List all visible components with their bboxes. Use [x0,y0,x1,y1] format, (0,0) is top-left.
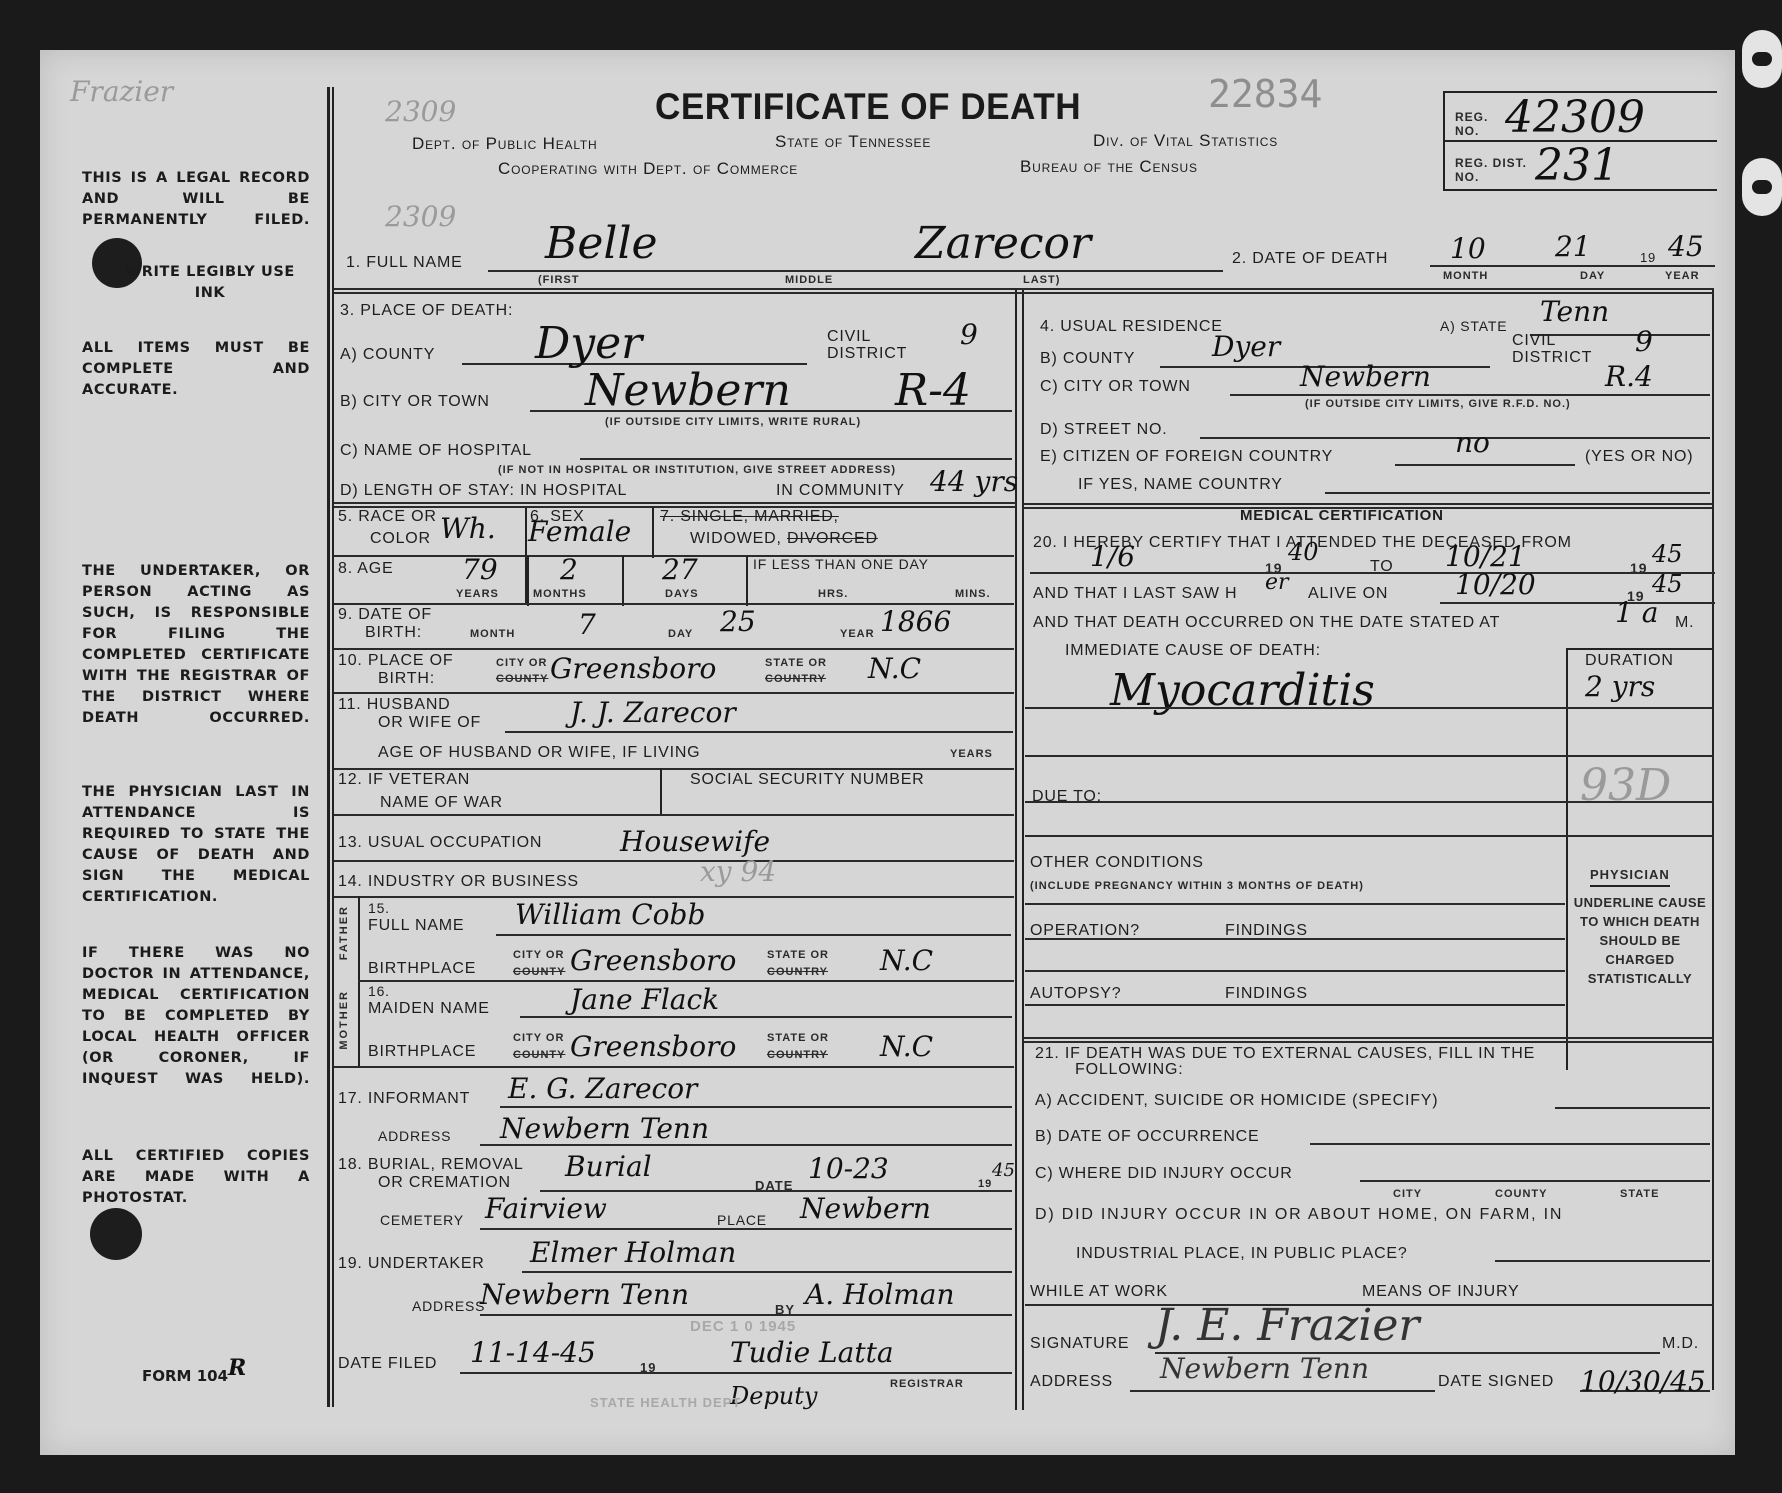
alive-on-label: ALIVE ON [1308,585,1388,603]
center-divider-2 [1022,290,1024,1410]
spouse-years-label: YEARS [950,748,993,760]
citizen-value: no [1455,426,1490,459]
marital-widowed: WIDOWED, [690,530,782,547]
pob-city-value: Greensboro [550,652,716,685]
mother-bp-label: BIRTHPLACE [368,1043,476,1061]
document-title: CERTIFICATE OF DEATH [655,86,1081,128]
cause-line [1025,1004,1565,1006]
physician-note: UNDERLINE CAUSE TO WHICH DEATH SHOULD BE… [1570,893,1710,988]
day-sublabel: DAY [1580,270,1605,282]
external-city-label: CITY [1393,1188,1422,1200]
full-name-first: Belle [545,218,658,269]
months-sublabel: MONTHS [533,588,587,600]
reg-dist-label: REG. DIST. NO. [1455,156,1535,184]
health-dept-stamp: STATE HEALTH DEPT [590,1395,741,1410]
res-city-label: C) CITY OR TOWN [1040,378,1191,396]
res-route-value: R.4 [1605,360,1653,393]
section-rule-1 [334,288,1714,294]
cause-line [1025,835,1713,837]
marital-single-struck: 7. SINGLE, MARRIED, [660,508,839,525]
father-name-value: William Cobb [515,898,705,931]
mother-num: 16. [368,983,390,999]
cause-line [1025,707,1713,709]
form-number-text: FORM 104 [142,1367,228,1385]
undertaker-address-line [480,1314,1012,1316]
signature-address-value: Newbern Tenn [1160,1352,1369,1385]
place-label: PLACE [717,1212,767,1228]
pod-civil-value: 9 [960,318,978,351]
community-value: 44 yrs [930,465,1018,498]
pob-state-value: N.C [868,652,921,685]
informant-address-label: ADDRESS [378,1128,451,1144]
alive-on-value: 10/20 [1455,568,1536,601]
burial-year: 45 [992,1160,1015,1181]
signature-value: J. E. Frazier [1155,1300,1419,1351]
cemetery-label: CEMETERY [380,1212,464,1228]
header-state: State of Tennessee [775,132,931,152]
burial-value: Burial [565,1150,652,1183]
dob-year: 1866 [880,605,951,638]
race-label-2: COLOR [370,530,431,548]
pob-label-2: BIRTH: [378,670,435,688]
undertaker-address-label: ADDRESS [412,1298,485,1314]
header-cooperating: Cooperating with Dept. of Commerce [498,159,798,179]
sidebar-write-legibly: WRITE LEGIBLY USE INK [120,262,300,304]
autopsy-label: AUTOPSY? [1030,985,1121,1003]
signature-address-line [1130,1390,1435,1392]
age-years: 79 [462,553,498,586]
left-border [327,87,330,1407]
undertaker-by-value: A. Holman [805,1278,955,1311]
binder-ring-top [1742,30,1782,88]
header-division: Div. of Vital Statistics [1093,131,1278,151]
mins-sublabel: MINS. [955,588,991,600]
external-b-line [1310,1143,1710,1145]
occupation-label: 13. USUAL OCCUPATION [338,834,542,852]
veteran-label-2: NAME OF WAR [380,794,503,812]
marital-label: 7. SINGLE, MARRIED, [660,508,839,526]
attended-from-year: 40 [1288,538,1319,566]
attended-from: 1/6 [1090,540,1135,573]
undertaker-address-value: Newbern Tenn [480,1278,689,1311]
community-label: IN COMMUNITY [776,482,905,500]
father-name-label: FULL NAME [368,917,464,935]
father-bp-city: Greensboro [570,944,736,977]
res-county-label: B) COUNTY [1040,350,1135,368]
hospital-label: C) NAME OF HOSPITAL [340,442,532,460]
father-state-label: STATE OR [767,949,829,961]
last-sublabel: LAST) [1023,274,1060,286]
pod-civil-label: CIVIL DISTRICT [827,328,922,362]
res-state-label: A) STATE [1440,318,1507,334]
deputy-note: Deputy [730,1382,817,1410]
means-of-injury-label: MEANS OF INJURY [1362,1283,1520,1301]
signature-label: SIGNATURE [1030,1335,1129,1353]
undertaker-line [522,1271,1012,1273]
duration-value: 2 yrs [1585,670,1655,703]
sidebar-legal-record: THIS IS A LEGAL RECORD AND WILL BE PERMA… [82,168,310,231]
cause-label: IMMEDIATE CAUSE OF DEATH: [1065,642,1321,660]
duration-label: DURATION [1585,652,1674,670]
industry-pencil-note: xy 94 [700,855,776,888]
attended-to-year: 45 [1652,540,1683,568]
father-country-struck: COUNTRY [767,966,828,978]
race-value: Wh. [440,512,496,545]
citizen-note: (YES OR NO) [1585,448,1693,466]
res-city-note: (IF OUTSIDE CITY LIMITS, GIVE R.F.D. NO.… [1305,398,1571,410]
industry-label: 14. INDUSTRY OR BUSINESS [338,873,579,891]
cause-line [1025,970,1565,972]
cell-divider [746,556,748,606]
res-civil-label: CIVIL DISTRICT [1512,332,1607,366]
informant-address-value: Newbern Tenn [500,1112,709,1145]
physician-note-title: PHYSICIAN [1590,867,1670,887]
spouse-age-label: AGE OF HUSBAND OR WIFE, IF LIVING [378,744,700,762]
attended-to-year-prefix: 19 [1630,560,1648,576]
reg-dist-value: 231 [1535,140,1619,191]
pob-country-struck: COUNTRY [765,673,826,685]
cell-divider [652,508,654,558]
burial-year-prefix: 19 [978,1178,992,1190]
registrar-signature: Tudie Latta [730,1336,894,1369]
cemetery-value: Fairview [485,1192,607,1225]
sex-value: Female [528,515,631,548]
occurred-label: AND THAT DEATH OCCURRED ON THE DATE STAT… [1033,614,1500,632]
mother-name-value: Jane Flack [570,983,719,1016]
sidebar-copies-note: ALL CERTIFIED COPIES ARE MADE WITH A PHO… [82,1146,310,1209]
received-stamp: DEC 1 0 1945 [690,1318,796,1335]
header-dept: Dept. of Public Health [412,134,598,154]
left-border-2 [332,87,334,1407]
marital-widowed-label: WIDOWED, DIVORCED [690,530,878,548]
citizen-label: E) CITIZEN OF FOREIGN COUNTRY [1040,448,1333,466]
full-name-last: Zarecor [915,218,1091,269]
m-label: M. [1675,614,1694,632]
pod-city-value: Newbern [585,365,791,416]
place-of-death-label: 3. PLACE OF DEATH: [340,302,513,320]
spouse-label-1: 11. HUSBAND [338,696,451,714]
external-d-label-2: INDUSTRIAL PLACE, IN PUBLIC PLACE? [1076,1245,1408,1263]
mother-bp-state: N.C [880,1030,933,1063]
middle-sublabel: MIDDLE [785,274,833,286]
dob-month: 7 [578,608,596,641]
external-d-label-1: D) DID INJURY OCCUR IN OR ABOUT HOME, ON… [1035,1206,1563,1224]
spouse-label-2: OR WIFE OF [378,714,481,732]
full-name-line [488,270,1223,272]
age-months: 2 [560,553,578,586]
row-rule [334,1066,1014,1068]
mother-state-label: STATE OR [767,1032,829,1044]
sidebar-undertaker-note: THE UNDERTAKER, OR PERSON ACTING AS SUCH… [82,561,310,729]
attended-to-label: TO [1370,558,1394,576]
row-rule [334,814,1014,816]
date-of-death-label: 2. DATE OF DEATH [1232,250,1388,268]
cause-line [1025,903,1565,905]
date-of-death-day: 21 [1555,230,1591,263]
burial-date-label: DATE [755,1178,793,1193]
informant-line [500,1106,1012,1108]
pob-label-1: 10. PLACE OF [338,652,453,670]
race-label-1: 5. RACE OR [338,508,437,526]
cell-divider [660,768,662,814]
external-c-line [1360,1180,1710,1182]
date-filed-value: 11-14-45 [470,1336,596,1369]
undertaker-value: Elmer Holman [530,1236,736,1269]
dob-year-label: YEAR [840,628,875,640]
mother-county-struck: COUNTY [513,1049,565,1061]
cell-divider [527,556,529,606]
last-saw-pronoun: er [1265,570,1289,595]
sidebar-no-doctor-note: IF THERE WAS NO DOCTOR IN ATTENDANCE, ME… [82,943,310,1090]
sidebar-physician-note: THE PHYSICIAN LAST IN ATTENDANCE IS REQU… [82,782,310,908]
spouse-value: J. J. Zarecor [570,696,736,729]
burial-label-2: OR CREMATION [378,1174,511,1192]
last-saw-label: AND THAT I LAST SAW H [1033,585,1237,603]
undertaker-label: 19. UNDERTAKER [338,1255,485,1273]
date-signed-label: DATE SIGNED [1438,1373,1554,1391]
father-name-line [496,934,1011,936]
binder-ring-bottom [1742,158,1782,216]
cell-divider [622,556,624,606]
days-sublabel: DAYS [665,588,699,600]
month-sublabel: MONTH [1443,270,1488,282]
date-of-death-month: 10 [1450,232,1486,265]
dob-day-label: DAY [668,628,693,640]
father-bp-label: BIRTHPLACE [368,960,476,978]
duration-box [1566,648,1714,1070]
country-label: IF YES, NAME COUNTRY [1078,476,1283,494]
header-bureau: Bureau of the Census [1020,157,1198,177]
street-label: D) STREET NO. [1040,421,1167,439]
burial-date-value: 10-23 [808,1152,889,1185]
res-city-line [1230,394,1710,396]
years-sublabel: YEARS [456,588,499,600]
date-signed-value: 10/30/45 [1580,1365,1706,1398]
res-civil-value: 9 [1635,325,1653,358]
form-suffix: R [228,1355,246,1381]
ssn-label: SOCIAL SECURITY NUMBER [690,771,925,789]
row-rule [358,980,1014,982]
undertaker-by-label: BY [775,1302,795,1317]
less-than-day-label: IF LESS THAN ONE DAY [753,556,929,572]
pob-city-label: CITY OR [496,657,547,669]
alive-line [1440,602,1715,604]
date-of-death-year-prefix: 19 [1640,250,1656,265]
res-city-value: Newbern [1300,360,1431,393]
occupation-value: Housewife [620,825,770,858]
autopsy-findings-label: FINDINGS [1225,985,1308,1003]
father-city-label: CITY OR [513,949,564,961]
cause-line [1025,938,1565,940]
external-county-label: COUNTY [1495,1188,1547,1200]
reg-no-label: REG. NO. [1455,110,1495,138]
pod-city-label: B) CITY OR TOWN [340,393,490,411]
cause-line [1025,801,1713,803]
row-rule [334,768,1014,770]
pob-county-struck: COUNTY [496,673,548,685]
full-name-label: 1. FULL NAME [346,254,463,272]
stay-label: D) LENGTH OF STAY: IN HOSPITAL [340,482,627,500]
center-divider [1015,290,1017,1410]
dob-label-2: BIRTH: [365,624,422,642]
mother-city-label: CITY OR [513,1032,564,1044]
mother-country-struck: COUNTRY [767,1049,828,1061]
father-num: 15. [368,900,390,916]
reg-no-value: 42309 [1505,92,1645,143]
dob-month-label: MONTH [470,628,515,640]
mother-name-line [520,1016,1012,1018]
external-causes-label-2: FOLLOWING: [1075,1061,1183,1079]
pod-route-value: R-4 [895,365,971,416]
margin-note-name: Frazier [70,75,173,108]
other-conditions-label: OTHER CONDITIONS [1030,854,1204,872]
while-at-work-label: WHILE AT WORK [1030,1283,1168,1301]
row-rule [334,860,1014,862]
date-filed-year-prefix: 19 [640,1360,656,1375]
sidebar-complete: ALL ITEMS MUST BE COMPLETE AND ACCURATE. [82,338,310,401]
mother-side-label: MOTHER [338,990,350,1050]
external-a-label: A) ACCIDENT, SUICIDE OR HOMICIDE (SPECIF… [1035,1092,1438,1110]
hospital-note: (IF NOT IN HOSPITAL OR INSTITUTION, GIVE… [498,464,896,476]
medical-heading: MEDICAL CERTIFICATION [1240,507,1444,524]
form-number: FORM 104R [142,1355,246,1385]
country-line [1325,492,1710,494]
hospital-line [580,458,1012,460]
mother-bp-city: Greensboro [570,1030,736,1063]
age-label: 8. AGE [338,560,394,578]
row-rule [334,648,1014,650]
registrar-label: REGISTRAR [890,1378,964,1390]
date-filed-label: DATE FILED [338,1355,437,1373]
informant-value: E. G. Zarecor [508,1072,697,1105]
md-label: M.D. [1662,1335,1699,1353]
veteran-label-1: 12. IF VETERAN [338,771,470,789]
dob-day: 25 [720,605,756,638]
due-to-label: DUE TO: [1032,788,1102,806]
margin-note-pencil-2: 2309 [385,200,456,233]
hrs-sublabel: HRS. [818,588,848,600]
external-d-line [1495,1260,1710,1262]
pob-state-label: STATE OR [765,657,827,669]
burial-label-1: 18. BURIAL, REMOVAL [338,1156,524,1174]
age-days: 27 [662,553,698,586]
cemetery-line [480,1228,1012,1230]
res-county-value: Dyer [1212,330,1280,363]
father-bp-state: N.C [880,944,933,977]
occurred-time: 1 a [1615,596,1658,629]
pod-county-label: A) COUNTY [340,346,435,364]
father-side-label: FATHER [338,905,350,960]
section-rule-3 [1023,1037,1713,1043]
spouse-line [505,731,1013,733]
margin-note-pencil-1: 2309 [385,95,456,128]
external-b-label: B) DATE OF OCCURRENCE [1035,1128,1260,1146]
year-sublabel: YEAR [1665,270,1700,282]
external-c-label: C) WHERE DID INJURY OCCUR [1035,1165,1293,1183]
stamp-number: 22834 [1208,72,1322,116]
residence-label: 4. USUAL RESIDENCE [1040,318,1223,336]
external-state-label: STATE [1620,1188,1659,1200]
first-sublabel: (FIRST [538,274,579,286]
father-county-struck: COUNTY [513,966,565,978]
dob-label-1: 9. DATE OF [338,606,432,624]
date-filed-line [460,1372,1012,1374]
pod-city-note: (IF OUTSIDE CITY LIMITS, WRITE RURAL) [605,416,861,428]
punch-hole-bottom [90,1208,142,1260]
other-conditions-note: (INCLUDE PREGNANCY WITHIN 3 MONTHS OF DE… [1030,880,1364,892]
signature-address-label: ADDRESS [1030,1373,1113,1391]
alive-year: 45 [1652,570,1683,598]
res-state-value: Tenn [1540,295,1609,328]
mother-name-label: MAIDEN NAME [368,1000,490,1018]
marital-divorced-struck: DIVORCED [787,530,878,547]
pencil-code: 93D [1580,760,1671,811]
row-rule [334,692,1014,694]
date-of-death-line [1430,265,1715,267]
cause-line [1025,755,1713,757]
date-of-death-year: 45 [1668,230,1704,263]
external-a-line [1555,1107,1710,1109]
pod-county-value: Dyer [535,318,642,369]
informant-label: 17. INFORMANT [338,1090,470,1108]
place-value: Newbern [800,1192,931,1225]
citizen-line [1395,464,1575,466]
